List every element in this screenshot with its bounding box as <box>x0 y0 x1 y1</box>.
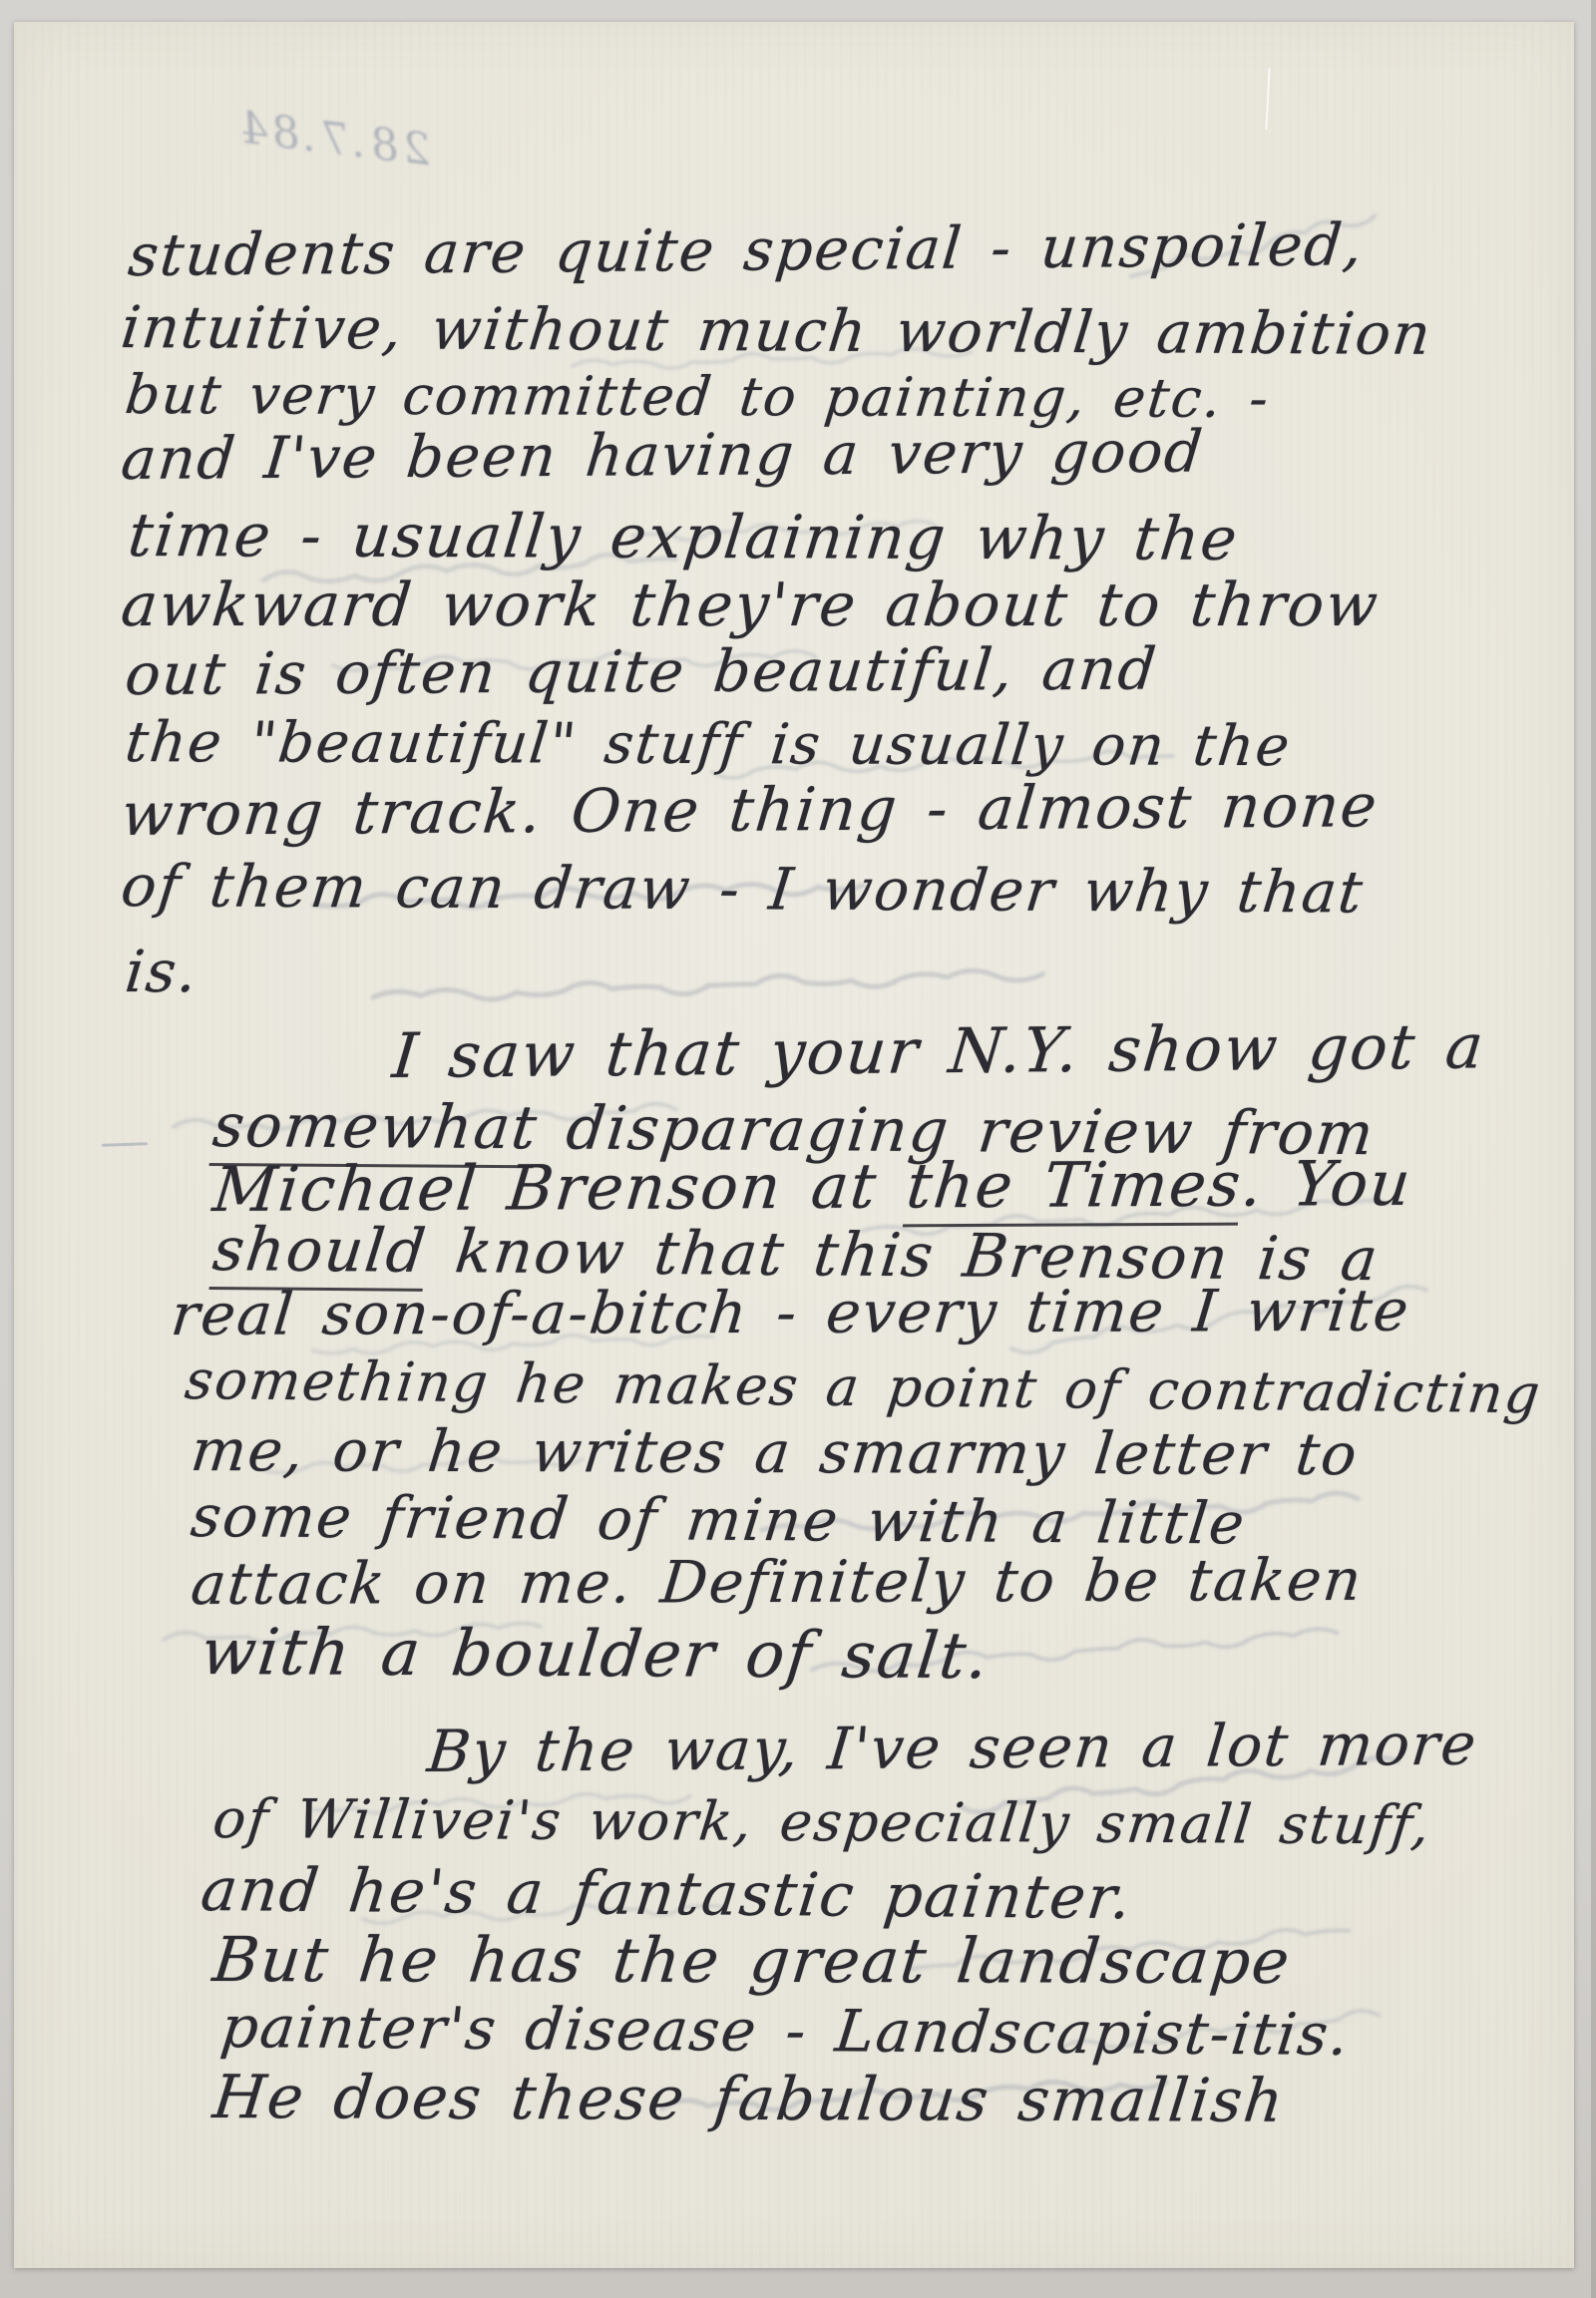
handwritten-line: awkward work they're about to throw <box>118 571 1383 640</box>
handwritten-line: I saw that your N.Y. show got a <box>389 1009 1488 1092</box>
line-text: real son-of-a-bitch - every time I write <box>169 1277 1413 1348</box>
handwritten-line: is. <box>122 938 201 1005</box>
handwritten-line: the "beautiful" stuff is usually on the <box>122 710 1294 779</box>
line-text: is. <box>122 938 201 1005</box>
line-text: and he's a fantastic painter. <box>198 1855 1136 1933</box>
handwritten-line: wrong track. One thing - almost none <box>119 771 1382 850</box>
line-text: out is often quite beautiful, and <box>123 635 1161 708</box>
handwritten-line: intuitive, without much worldly ambition <box>118 293 1435 368</box>
line-text: But he has the great landscape <box>209 1923 1295 1998</box>
line-text: of Willivei's work, especially small stu… <box>210 1787 1435 1856</box>
line-text: By the way, I've seen a lot more <box>425 1711 1481 1785</box>
handwritten-line: me, or he writes a smarmy letter to <box>188 1416 1362 1488</box>
handwritten-line: and he's a fantastic painter. <box>198 1855 1136 1933</box>
handwritten-line: He does these fabulous smallish <box>209 2063 1288 2136</box>
handwritten-line: out is often quite beautiful, and <box>123 635 1161 708</box>
line-text: time - usually explaining why the <box>125 501 1242 574</box>
line-text: attack on me. Definitely to be taken <box>189 1546 1367 1618</box>
line-text: something he makes a point of contradict… <box>182 1348 1544 1425</box>
line-text: I saw that your N.Y. show got a <box>389 1009 1488 1092</box>
handwritten-line: Michael Brenson at the Times. You <box>209 1147 1415 1226</box>
handwritten-line: something he makes a point of contradict… <box>182 1348 1544 1425</box>
line-text: Michael Brenson at <box>209 1149 911 1226</box>
handwritten-line: real son-of-a-bitch - every time I write <box>169 1277 1413 1348</box>
underlined-word: the Times <box>903 1148 1246 1228</box>
handwritten-line: and I've been having a very good <box>119 417 1207 493</box>
line-text: me, or he writes a smarmy letter to <box>188 1416 1362 1488</box>
line-text: and I've been having a very good <box>119 417 1207 493</box>
line-text: . You <box>1238 1147 1415 1221</box>
handwritten-line: painter's disease - Landscapist-itis. <box>217 1993 1354 2069</box>
handwritten-line: students are quite special - unspoiled, <box>126 210 1368 289</box>
line-text: with a boulder of salt. <box>198 1616 994 1694</box>
line-text: intuitive, without much worldly ambition <box>118 293 1435 368</box>
handwritten-line: time - usually explaining why the <box>125 501 1242 574</box>
handwritten-line: attack on me. Definitely to be taken <box>189 1546 1367 1618</box>
line-text: He does these fabulous smallish <box>209 2063 1288 2136</box>
line-text: of them can draw - I wonder why that <box>118 852 1368 926</box>
line-text: wrong track. One thing - almost none <box>119 771 1382 850</box>
handwritten-line: But he has the great landscape <box>209 1923 1295 1998</box>
handwritten-line: of them can draw - I wonder why that <box>118 852 1368 926</box>
line-text: painter's disease - Landscapist-itis. <box>217 1993 1354 2069</box>
ink-layer: students are quite special - unspoiled,i… <box>14 22 1574 2268</box>
line-text: students are quite special - unspoiled, <box>126 210 1368 289</box>
letter-page: 28.7.84 students are quite special - uns… <box>14 22 1574 2268</box>
handwritten-line: By the way, I've seen a lot more <box>425 1711 1481 1785</box>
letter-scan: 28.7.84 students are quite special - uns… <box>0 0 1596 2298</box>
handwritten-line: with a boulder of salt. <box>198 1616 994 1694</box>
line-text: the "beautiful" stuff is usually on the <box>122 710 1294 779</box>
handwritten-line: of Willivei's work, especially small stu… <box>210 1787 1435 1856</box>
line-text: awkward work they're about to throw <box>118 571 1383 640</box>
